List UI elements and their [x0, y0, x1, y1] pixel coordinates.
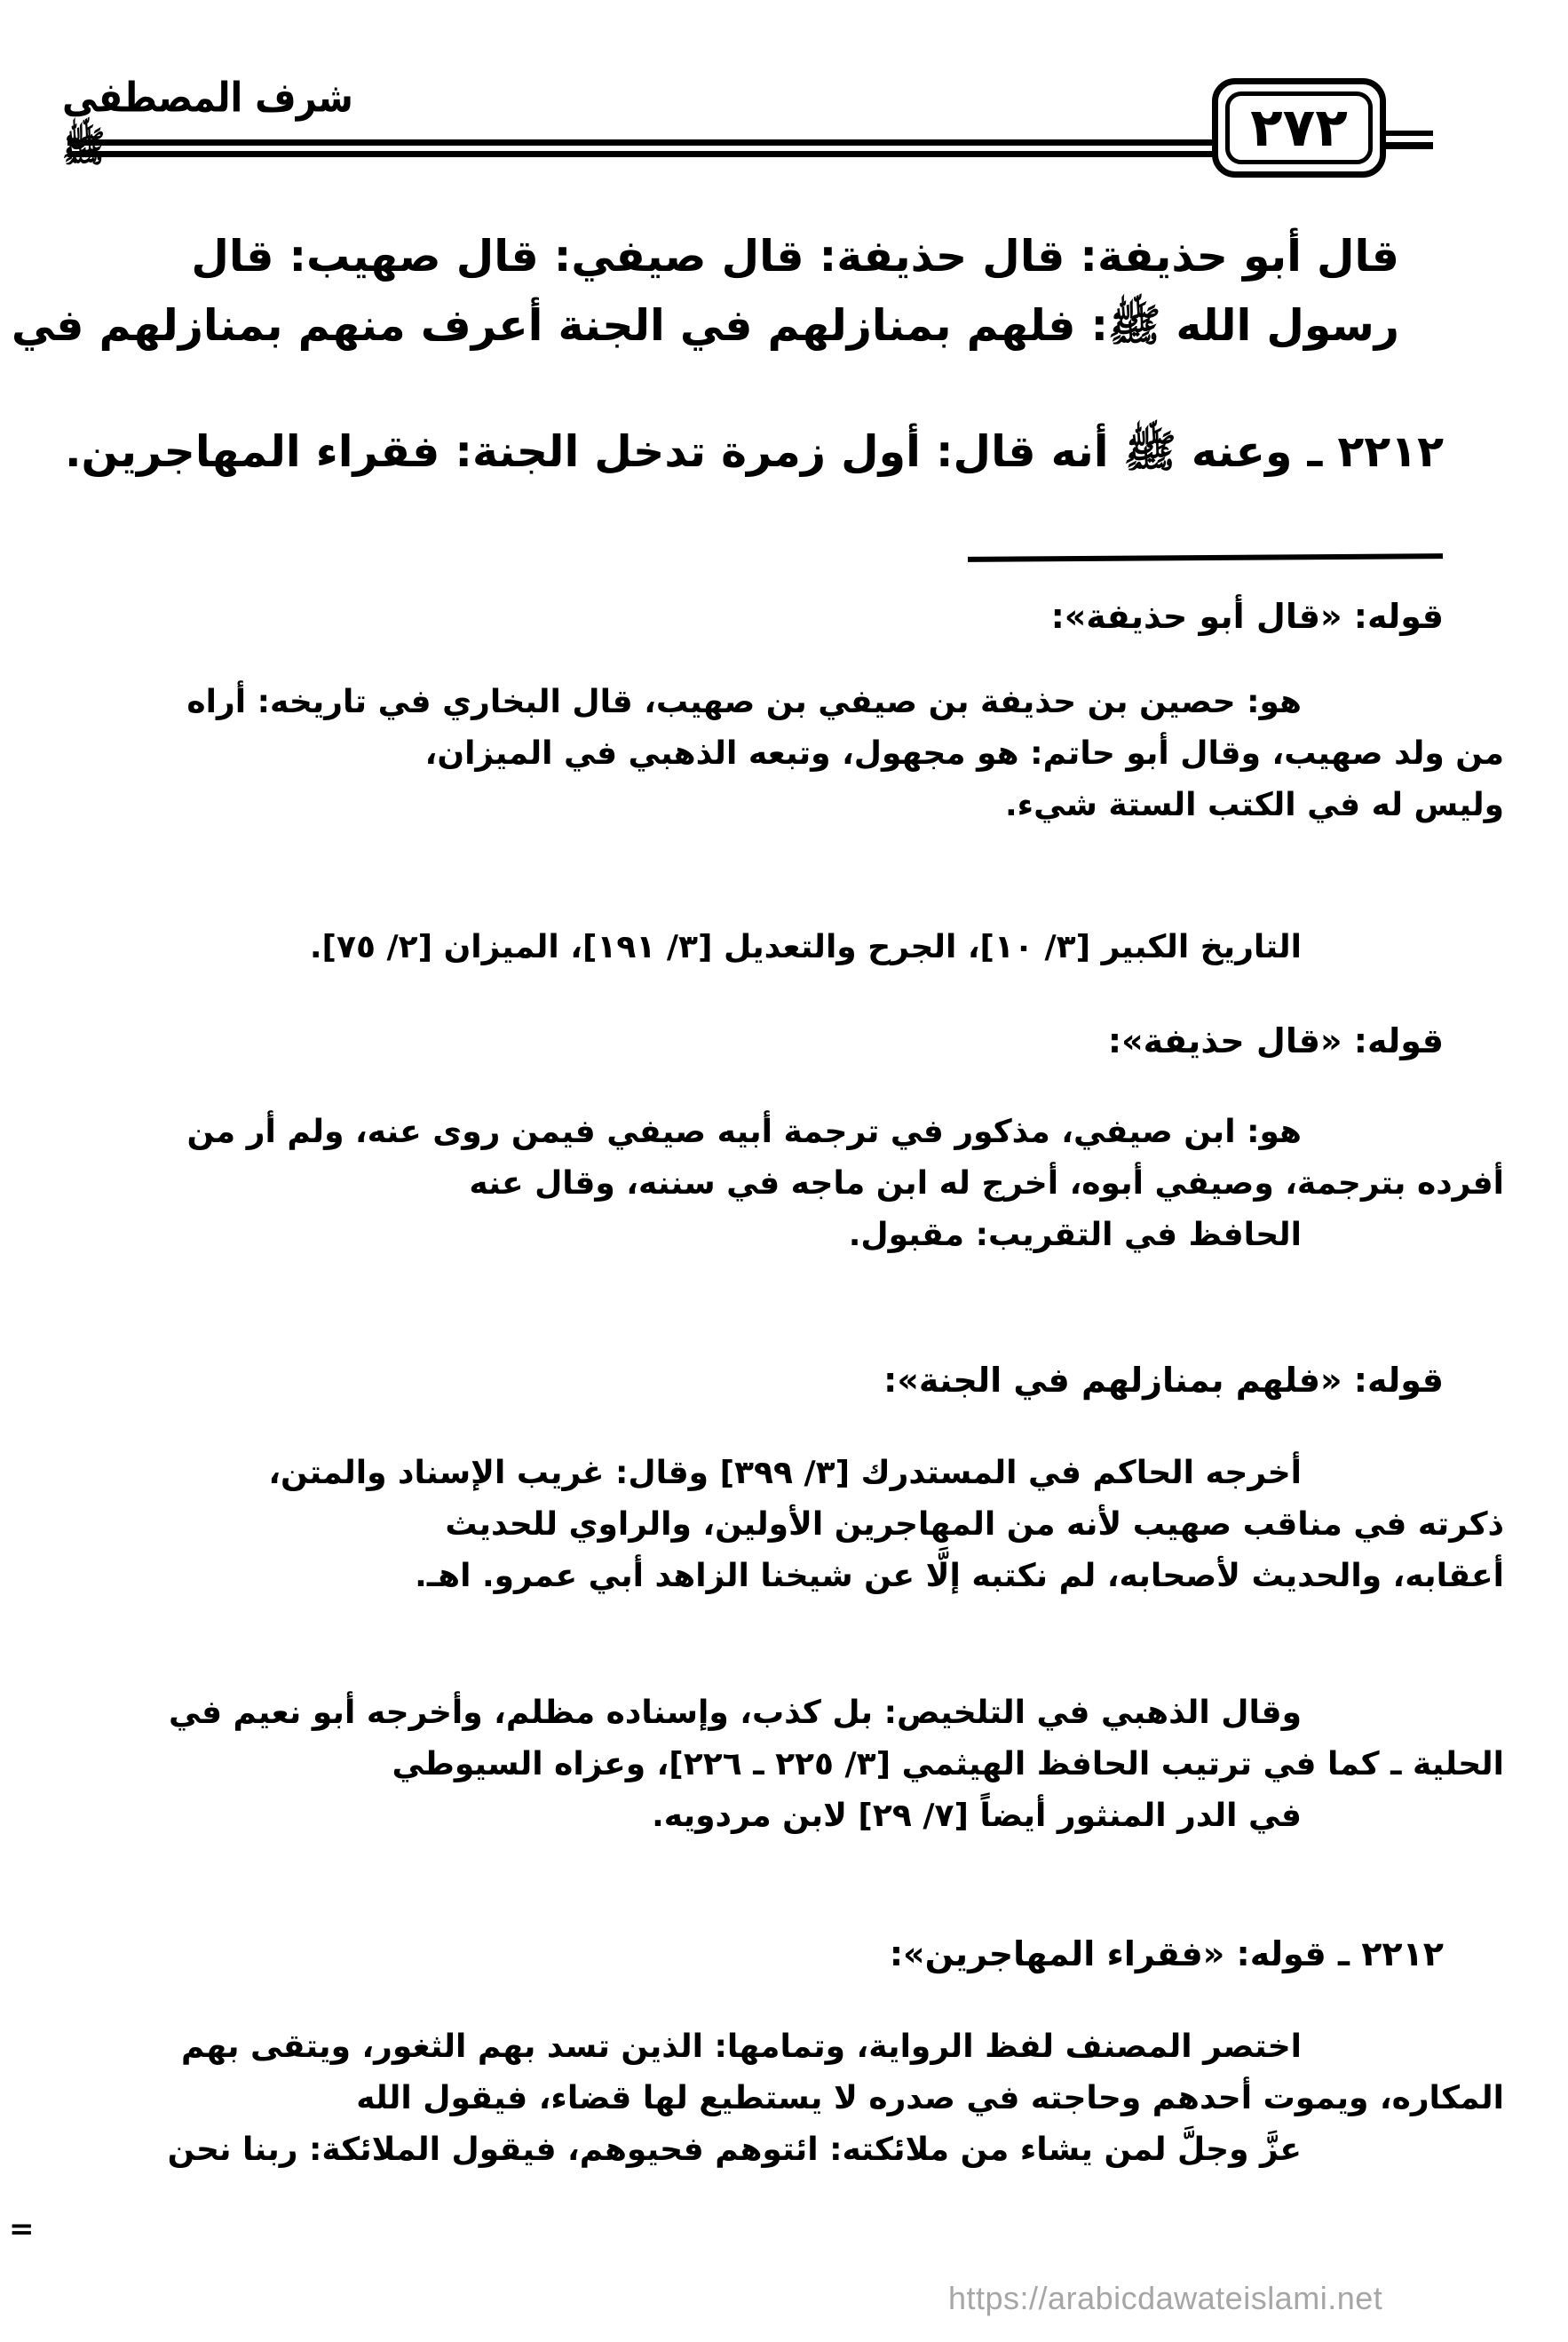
commentary-line: الحافظ في التقريب: مقبول.	[64, 1210, 1302, 1261]
commentary-line: أعقابه، والحديث لأصحابه، لم نكتبه إلَّا …	[64, 1551, 1504, 1602]
header-rule	[67, 151, 1229, 157]
book-page: شرف المصطفى ﷺ ٢٧٢ قال أبو حذيفة: قال حذي…	[0, 0, 1568, 2342]
continuation-mark: =	[9, 2211, 35, 2247]
commentary-line: وقال الذهبي في التلخيص: بل كذب، وإسناده …	[64, 1687, 1302, 1739]
commentary-heading: قوله: «قال حذيفة»:	[1108, 1021, 1444, 1060]
header-rule	[1385, 142, 1433, 149]
commentary-body: اختصر المصنف لفظ الرواية، وتمامها: الذين…	[64, 2021, 1302, 2176]
matn-line: ٢٢١٢ ـ وعنه ﷺ أنه قال: أول زمرة تدخل الج…	[64, 417, 1444, 487]
watermark-url: https://arabicdawateislami.net	[948, 2280, 1382, 2317]
commentary-line: هو: ابن صيفي، مذكور في ترجمة أبيه صيفي ف…	[64, 1107, 1302, 1158]
commentary-line: أخرجه الحاكم في المستدرك [٣/ ٣٩٩] وقال: …	[64, 1448, 1302, 1499]
page-header: شرف المصطفى ﷺ ٢٧٢	[0, 0, 1568, 178]
commentary-line: في الدر المنثور أيضاً [٧/ ٢٩] لابن مردوي…	[64, 1790, 1302, 1842]
matn-paragraph: قال أبو حذيفة: قال حذيفة: قال صيفي: قال …	[64, 222, 1399, 361]
commentary-line: المكاره، ويموت أحدهم وحاجته في صدره لا ي…	[64, 2073, 1504, 2124]
commentary-heading: قوله: «قال أبو حذيفة»:	[1051, 597, 1444, 636]
commentary-line: وليس له في الكتب الستة شيء.	[64, 780, 1504, 831]
running-title: شرف المصطفى ﷺ	[62, 75, 382, 181]
commentary-heading: قوله: «فلهم بمنازلهم في الجنة»:	[883, 1361, 1444, 1400]
commentary-sources: التاريخ الكبير [٣/ ١٠]، الجرح والتعديل […	[310, 922, 1302, 973]
matn-line: رسول الله ﷺ: فلهم بمنازلهم في الجنة أعرف…	[64, 291, 1399, 361]
commentary-line: الحلية ـ كما في ترتيب الحافظ الهيثمي [٣/…	[64, 1739, 1504, 1790]
header-rule	[67, 139, 1229, 146]
header-rule	[1385, 131, 1433, 136]
matn-hadith-2212: ٢٢١٢ ـ وعنه ﷺ أنه قال: أول زمرة تدخل الج…	[64, 417, 1444, 487]
footnote-divider	[968, 553, 1443, 562]
commentary-line: من ولد صهيب، وقال أبو حاتم: هو مجهول، وت…	[64, 728, 1504, 780]
page-number: ٢٧٢	[1225, 91, 1373, 164]
commentary-heading: ٢٢١٢ ـ قوله: «فقراء المهاجرين»:	[890, 1934, 1444, 1973]
commentary-line: عزَّ وجلَّ لمن يشاء من ملائكته: ائتوهم ف…	[64, 2124, 1302, 2176]
commentary-body: أخرجه الحاكم في المستدرك [٣/ ٣٩٩] وقال: …	[64, 1448, 1302, 1602]
commentary-line: هو: حصين بن حذيفة بن صيفي بن صهيب، قال ا…	[64, 677, 1302, 728]
matn-line: قال أبو حذيفة: قال حذيفة: قال صيفي: قال …	[64, 222, 1399, 291]
commentary-body: وقال الذهبي في التلخيص: بل كذب، وإسناده …	[64, 1687, 1302, 1842]
page-number-frame: ٢٧٢	[1212, 78, 1386, 178]
commentary-line: أفرده بترجمة، وصيفي أبوه، أخرج له ابن ما…	[64, 1158, 1504, 1210]
commentary-body: هو: حصين بن حذيفة بن صيفي بن صهيب، قال ا…	[64, 677, 1302, 831]
commentary-line: اختصر المصنف لفظ الرواية، وتمامها: الذين…	[64, 2021, 1302, 2073]
commentary-body: هو: ابن صيفي، مذكور في ترجمة أبيه صيفي ف…	[64, 1107, 1302, 1261]
commentary-line: ذكرته في مناقب صهيب لأنه من المهاجرين ال…	[64, 1499, 1504, 1551]
